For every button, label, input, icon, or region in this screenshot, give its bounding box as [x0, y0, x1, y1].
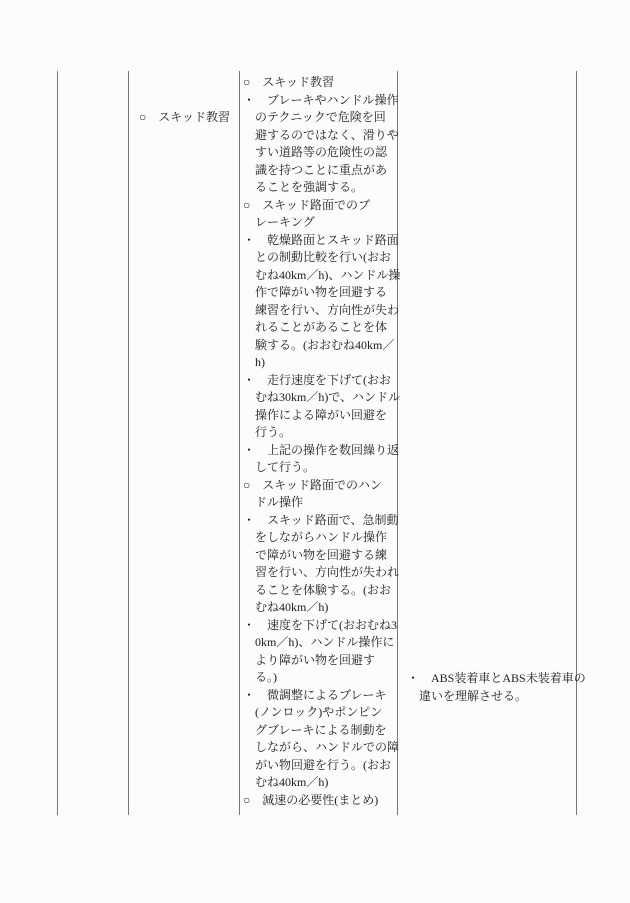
text-line: をしながらハンドル操作	[243, 529, 400, 547]
text-line: 行う。	[243, 424, 400, 442]
summary-heading: ○ スキッド教習	[139, 109, 230, 127]
text-line: 作で障がい物を回避する	[243, 284, 400, 302]
text-line: 避するのではなく、滑りや	[243, 127, 400, 145]
text-line: ・ 速度を下げて(おおむね3	[243, 617, 400, 635]
text-line: むね30km／h)で、ハンドル	[243, 389, 400, 407]
text-line: ・ 微調整によるブレーキ	[243, 687, 400, 705]
text-line: より障がい物を回避す	[243, 652, 400, 670]
text-line: レーキング	[243, 214, 400, 232]
text-line: で障がい物を回避する練	[243, 547, 400, 565]
text-line: 操作による障がい回避を	[243, 407, 400, 425]
summary-cell: ○ スキッド教習	[139, 74, 230, 162]
document-page: ○ スキッド教習 ○ スキッド教習・ ブレーキやハンドル操作 のテクニックで危険…	[0, 0, 630, 903]
text-line: る。)	[243, 669, 400, 687]
text-line: 違いを理解させる。	[407, 688, 586, 706]
text-line: ることを体験する。(おお	[243, 582, 400, 600]
text-line: ・ ABS装着車とABS未装着車の	[407, 670, 586, 688]
text-line: ることを強調する。	[243, 179, 400, 197]
table-rule-2	[128, 71, 129, 815]
text-line: との制動比較を行い(おお	[243, 249, 400, 267]
text-line: ○ スキッド路面でのブ	[243, 197, 400, 215]
text-line: 0km／h)、ハンドル操作に	[243, 634, 400, 652]
text-line: ○ 減速の必要性(まとめ)	[243, 792, 400, 810]
text-line: ・ 乾燥路面とスキッド路面	[243, 232, 400, 250]
text-line: がい物回避を行う。(おお	[243, 757, 400, 775]
text-line: (ノンロック)やポンピン	[243, 704, 400, 722]
text-line: ○ スキッド教習	[243, 74, 400, 92]
text-line: しながら、ハンドルでの障	[243, 739, 400, 757]
text-line: して行う。	[243, 459, 400, 477]
text-line: ・ ブレーキやハンドル操作	[243, 92, 400, 110]
text-line: h)	[243, 354, 400, 372]
text-line: むね40km／h)、ハンドル操	[243, 267, 400, 285]
text-line: むね40km／h)	[243, 599, 400, 617]
text-line: のテクニックで危険を回	[243, 109, 400, 127]
text-line: ・ 上記の操作を数回繰り返	[243, 442, 400, 460]
text-line: むね40km／h)	[243, 774, 400, 792]
text-line: 験する。(おおむね40km／	[243, 337, 400, 355]
text-line: ・ スキッド路面で、急制動	[243, 512, 400, 530]
text-line: ・ 走行速度を下げて(おお	[243, 372, 400, 390]
text-line: すい道路等の危険性の認	[243, 144, 400, 162]
text-line: ドル操作	[243, 494, 400, 512]
notes-cell: ・ ABS装着車とABS未装着車の 違いを理解させる。	[407, 670, 586, 705]
text-line: 練習を行い、方向性が失わ	[243, 302, 400, 320]
text-line: れることがあることを体	[243, 319, 400, 337]
detail-cell: ○ スキッド教習・ ブレーキやハンドル操作 のテクニックで危険を回 避するのでは…	[243, 74, 400, 809]
table-rule-3	[239, 71, 240, 815]
text-line: 習を行い、方向性が失われ	[243, 564, 400, 582]
text-line: ○ スキッド路面でのハン	[243, 477, 400, 495]
text-line: グブレーキによる制動を	[243, 722, 400, 740]
table-rule-1	[57, 71, 58, 815]
text-line: 識を持つことに重点があ	[243, 162, 400, 180]
